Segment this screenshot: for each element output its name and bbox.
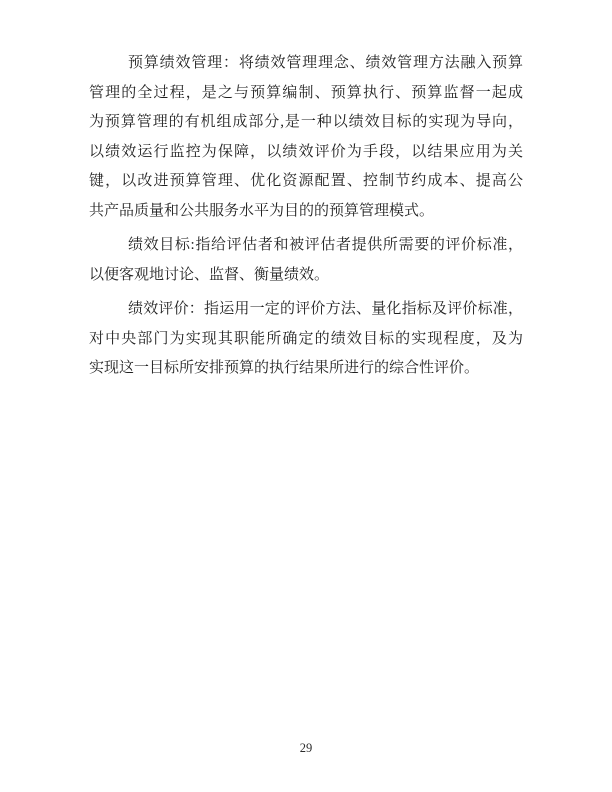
text-line: 以便客观地讨论、监督、衡量绩效。 — [89, 261, 523, 291]
body-text: 预算绩效管理：将绩效管理理念、绩效管理方法融入预算 管理的全过程，是之与预算编制… — [89, 49, 523, 384]
page-number: 29 — [0, 740, 612, 756]
text-line: 为预算管理的有机组成部分,是一种以绩效目标的实现为导向， — [89, 108, 523, 138]
paragraph-performance-goal: 绩效目标:指给评估者和被评估者提供所需要的评价标准， 以便客观地讨论、监督、衡量… — [89, 231, 523, 290]
paragraph-budget-performance-management: 预算绩效管理：将绩效管理理念、绩效管理方法融入预算 管理的全过程，是之与预算编制… — [89, 49, 523, 226]
text-line: 共产品质量和公共服务水平为目的的预算管理模式。 — [89, 197, 523, 227]
paragraph-performance-evaluation: 绩效评价：指运用一定的评价方法、量化指标及评价标准， 对中央部门为实现其职能所确… — [89, 295, 523, 384]
document-page: 预算绩效管理：将绩效管理理念、绩效管理方法融入预算 管理的全过程，是之与预算编制… — [0, 0, 612, 792]
text-line: 绩效评价：指运用一定的评价方法、量化指标及评价标准， — [89, 295, 523, 325]
text-line: 以绩效运行监控为保障，以绩效评价为手段，以结果应用为关 — [89, 138, 523, 168]
text-line: 管理的全过程，是之与预算编制、预算执行、预算监督一起成 — [89, 79, 523, 109]
text-line: 实现这一目标所安排预算的执行结果所进行的综合性评价。 — [89, 354, 523, 384]
text-line: 预算绩效管理：将绩效管理理念、绩效管理方法融入预算 — [89, 49, 523, 79]
text-line: 对中央部门为实现其职能所确定的绩效目标的实现程度，及为 — [89, 325, 523, 355]
text-line: 绩效目标:指给评估者和被评估者提供所需要的评价标准， — [89, 231, 523, 261]
text-line: 键，以改进预算管理、优化资源配置、控制节约成本、提高公 — [89, 167, 523, 197]
